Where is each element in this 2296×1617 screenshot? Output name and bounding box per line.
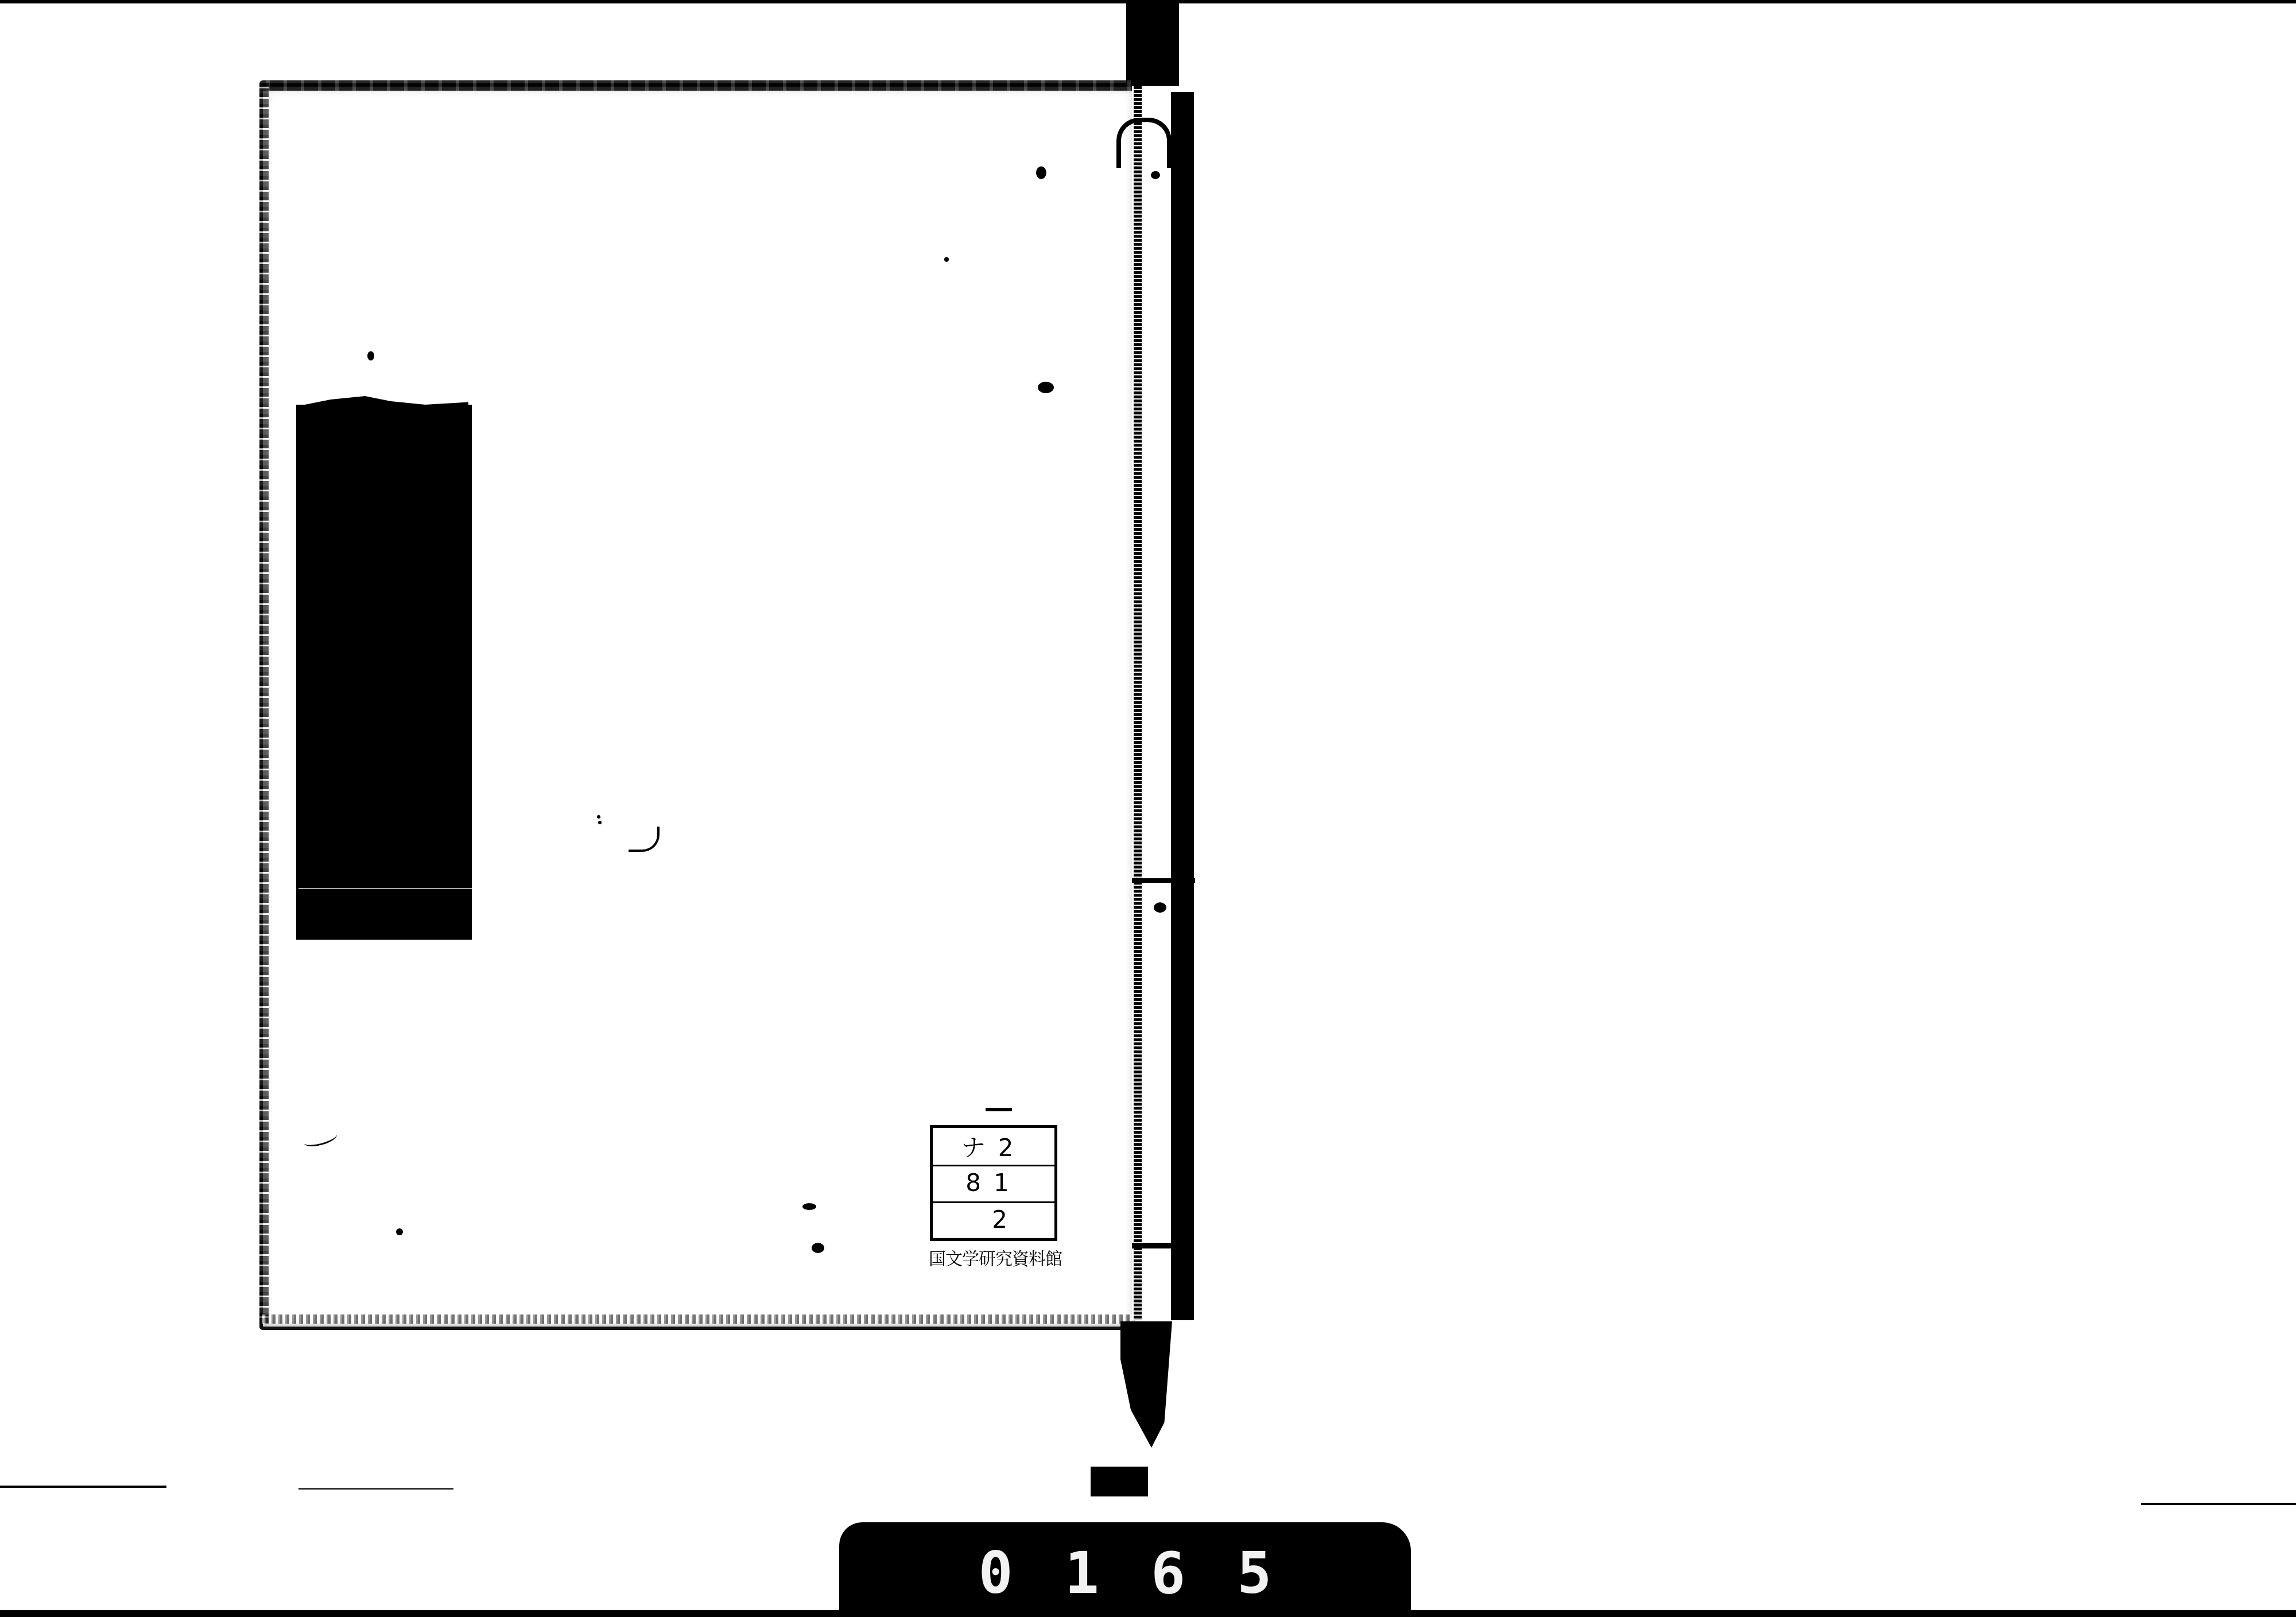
stain-mark — [944, 257, 949, 262]
label-dash — [986, 1108, 1012, 1111]
scan-line — [298, 1488, 453, 1490]
scan-line — [2141, 1503, 2296, 1505]
call-number-row-3: 2 — [933, 1201, 1054, 1238]
binding-cross-thread — [1132, 878, 1195, 883]
call-number-label: ナ2 81 2 — [930, 1125, 1057, 1241]
title-slip-scan-line — [298, 888, 472, 889]
stain-mark — [396, 1228, 403, 1235]
spine-clamp-bottom — [1120, 1321, 1172, 1448]
cover-top-edge — [259, 80, 1138, 91]
stain-mark — [598, 821, 602, 824]
spine-clamp-top — [1126, 0, 1179, 86]
stain-mark — [367, 351, 374, 360]
stain-mark — [597, 815, 600, 819]
stain-mark — [1038, 382, 1054, 393]
stain-mark — [1036, 166, 1046, 179]
cover-bottom-edge — [259, 1314, 1132, 1324]
stain-mark — [812, 1243, 824, 1253]
call-number-row-2: 81 — [933, 1165, 1054, 1203]
stain-mark — [1151, 171, 1160, 179]
title-slip-redacted — [296, 405, 472, 940]
institution-name: 国文学研究資料館 — [929, 1244, 1066, 1270]
binding-thread — [1134, 86, 1142, 1320]
stain-mark — [802, 1203, 816, 1210]
scan-bottom-border — [0, 1610, 2296, 1617]
scan-line — [0, 1486, 166, 1488]
binding-cross-thread — [1132, 1243, 1184, 1248]
call-number-row-1: ナ2 — [933, 1128, 1054, 1166]
spine-shadow — [1171, 92, 1194, 1320]
binding-knot-icon — [1116, 118, 1172, 168]
frame-counter: 0165 — [839, 1522, 1411, 1617]
spine-clamp-foot — [1091, 1467, 1148, 1496]
stain-mark — [1154, 902, 1166, 913]
cover-left-edge — [259, 83, 269, 1323]
frame-number: 0165 — [839, 1540, 1411, 1607]
